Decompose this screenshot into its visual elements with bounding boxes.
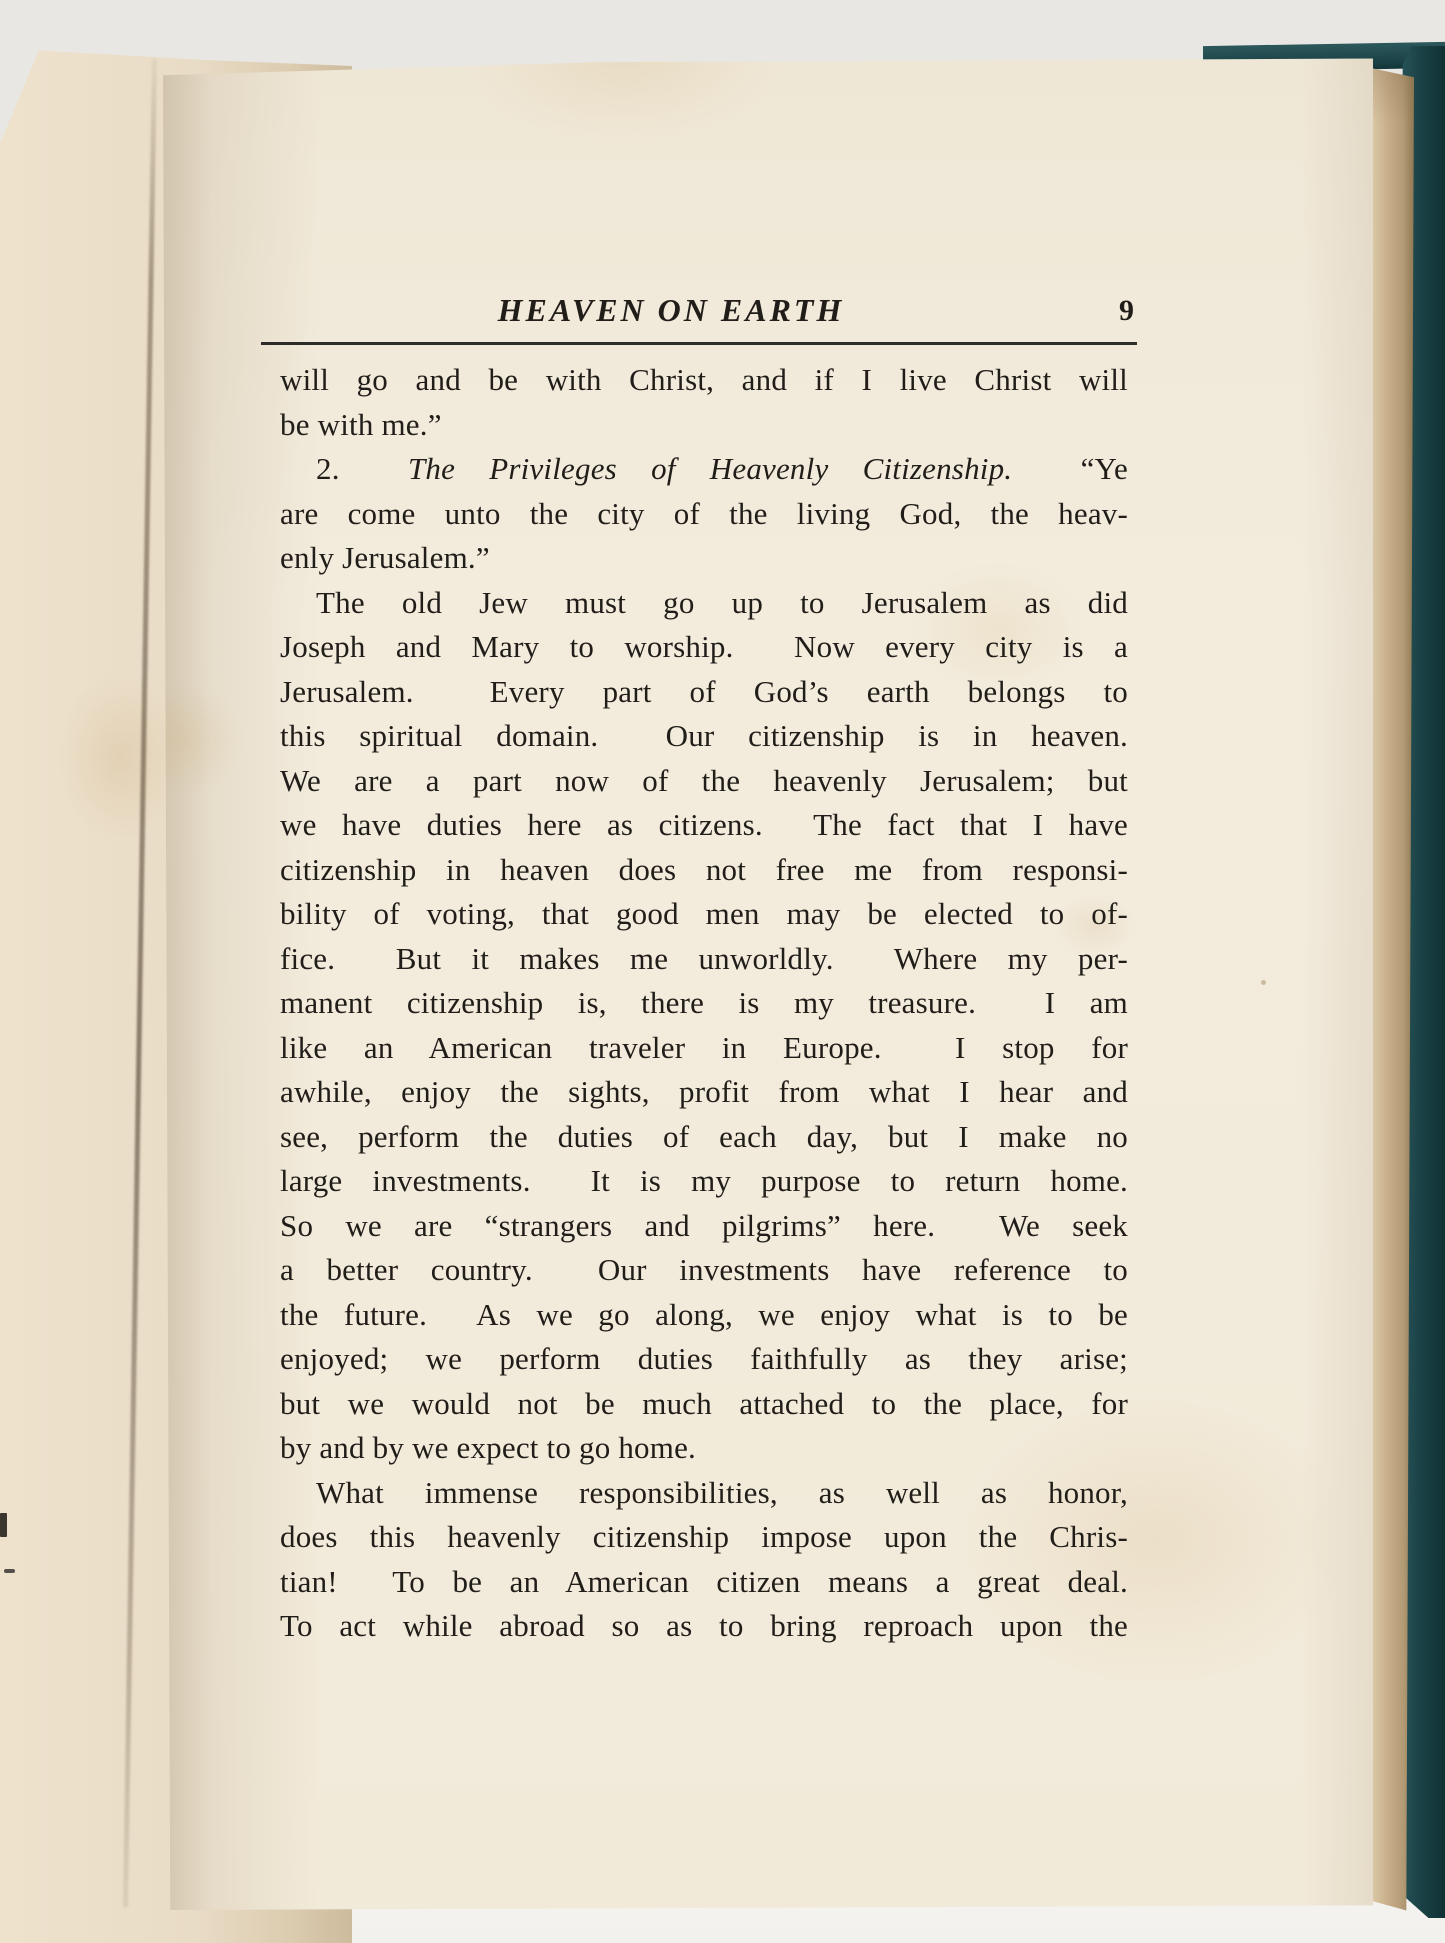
photo-of-open-book: HEAVEN ON EARTH 9 will go and be with Ch…	[0, 0, 1445, 1943]
text-line: enjoyed; we perform duties faithfully as…	[280, 1337, 1128, 1382]
text-line: a better country. Our investments have r…	[280, 1248, 1128, 1293]
foxing-speck	[1261, 980, 1266, 985]
text-line: does this heavenly citizenship impose up…	[280, 1515, 1128, 1560]
text-line: Joseph and Mary to worship. Now every ci…	[280, 625, 1128, 670]
text-line: will go and be with Christ, and if I liv…	[280, 358, 1128, 403]
text-line: So we are “strangers and pilgrims” here.…	[280, 1204, 1128, 1249]
text-line: the future. As we go along, we enjoy wha…	[280, 1293, 1128, 1338]
left-page-text-fragment	[0, 1513, 7, 1537]
text-block: will go and be with Christ, and if I liv…	[280, 358, 1128, 1649]
text-line: this spiritual domain. Our citizenship i…	[280, 714, 1128, 759]
text-line: large investments. It is my purpose to r…	[280, 1159, 1128, 1204]
text-line: be with me.”	[280, 403, 1128, 448]
text-line: citizenship in heaven does not free me f…	[280, 848, 1128, 893]
text-line: are come unto the city of the living God…	[280, 492, 1128, 537]
text-line: What immense responsibilities, as well a…	[280, 1471, 1128, 1516]
running-header-title: HEAVEN ON EARTH	[235, 292, 1107, 329]
page-block-fore-edge	[1366, 68, 1414, 1916]
text-line: tian! To be an American citizen means a …	[280, 1560, 1128, 1605]
page-number: 9	[1119, 294, 1135, 328]
text-line: enly Jerusalem.”	[280, 536, 1128, 581]
left-page-text-fragment	[4, 1569, 15, 1573]
text-line: like an American traveler in Europe. I s…	[280, 1026, 1128, 1071]
text-line: bility of voting, that good men may be e…	[280, 892, 1128, 937]
text-line: but we would not be much attached to the…	[280, 1382, 1128, 1427]
text-line: To act while abroad so as to bring repro…	[280, 1604, 1128, 1649]
page-header: HEAVEN ON EARTH 9	[263, 292, 1135, 332]
text-line: 2. The Privileges of Heavenly Citizenshi…	[280, 447, 1128, 492]
text-line: by and by we expect to go home.	[280, 1426, 1128, 1471]
text-line: see, perform the duties of each day, but…	[280, 1115, 1128, 1160]
text-line: awhile, enjoy the sights, profit from wh…	[280, 1070, 1128, 1115]
text-line: manent citizenship is, there is my treas…	[280, 981, 1128, 1026]
book-page: HEAVEN ON EARTH 9 will go and be with Ch…	[163, 52, 1373, 1910]
text-line: We are a part now of the heavenly Jerusa…	[280, 759, 1128, 804]
text-line: Jerusalem. Every part of God’s earth bel…	[280, 670, 1128, 715]
header-rule	[261, 342, 1137, 345]
text-line: we have duties here as citizens. The fac…	[280, 803, 1128, 848]
text-line: The old Jew must go up to Jerusalem as d…	[280, 581, 1128, 626]
text-line: fice. But it makes me unworldly. Where m…	[280, 937, 1128, 982]
